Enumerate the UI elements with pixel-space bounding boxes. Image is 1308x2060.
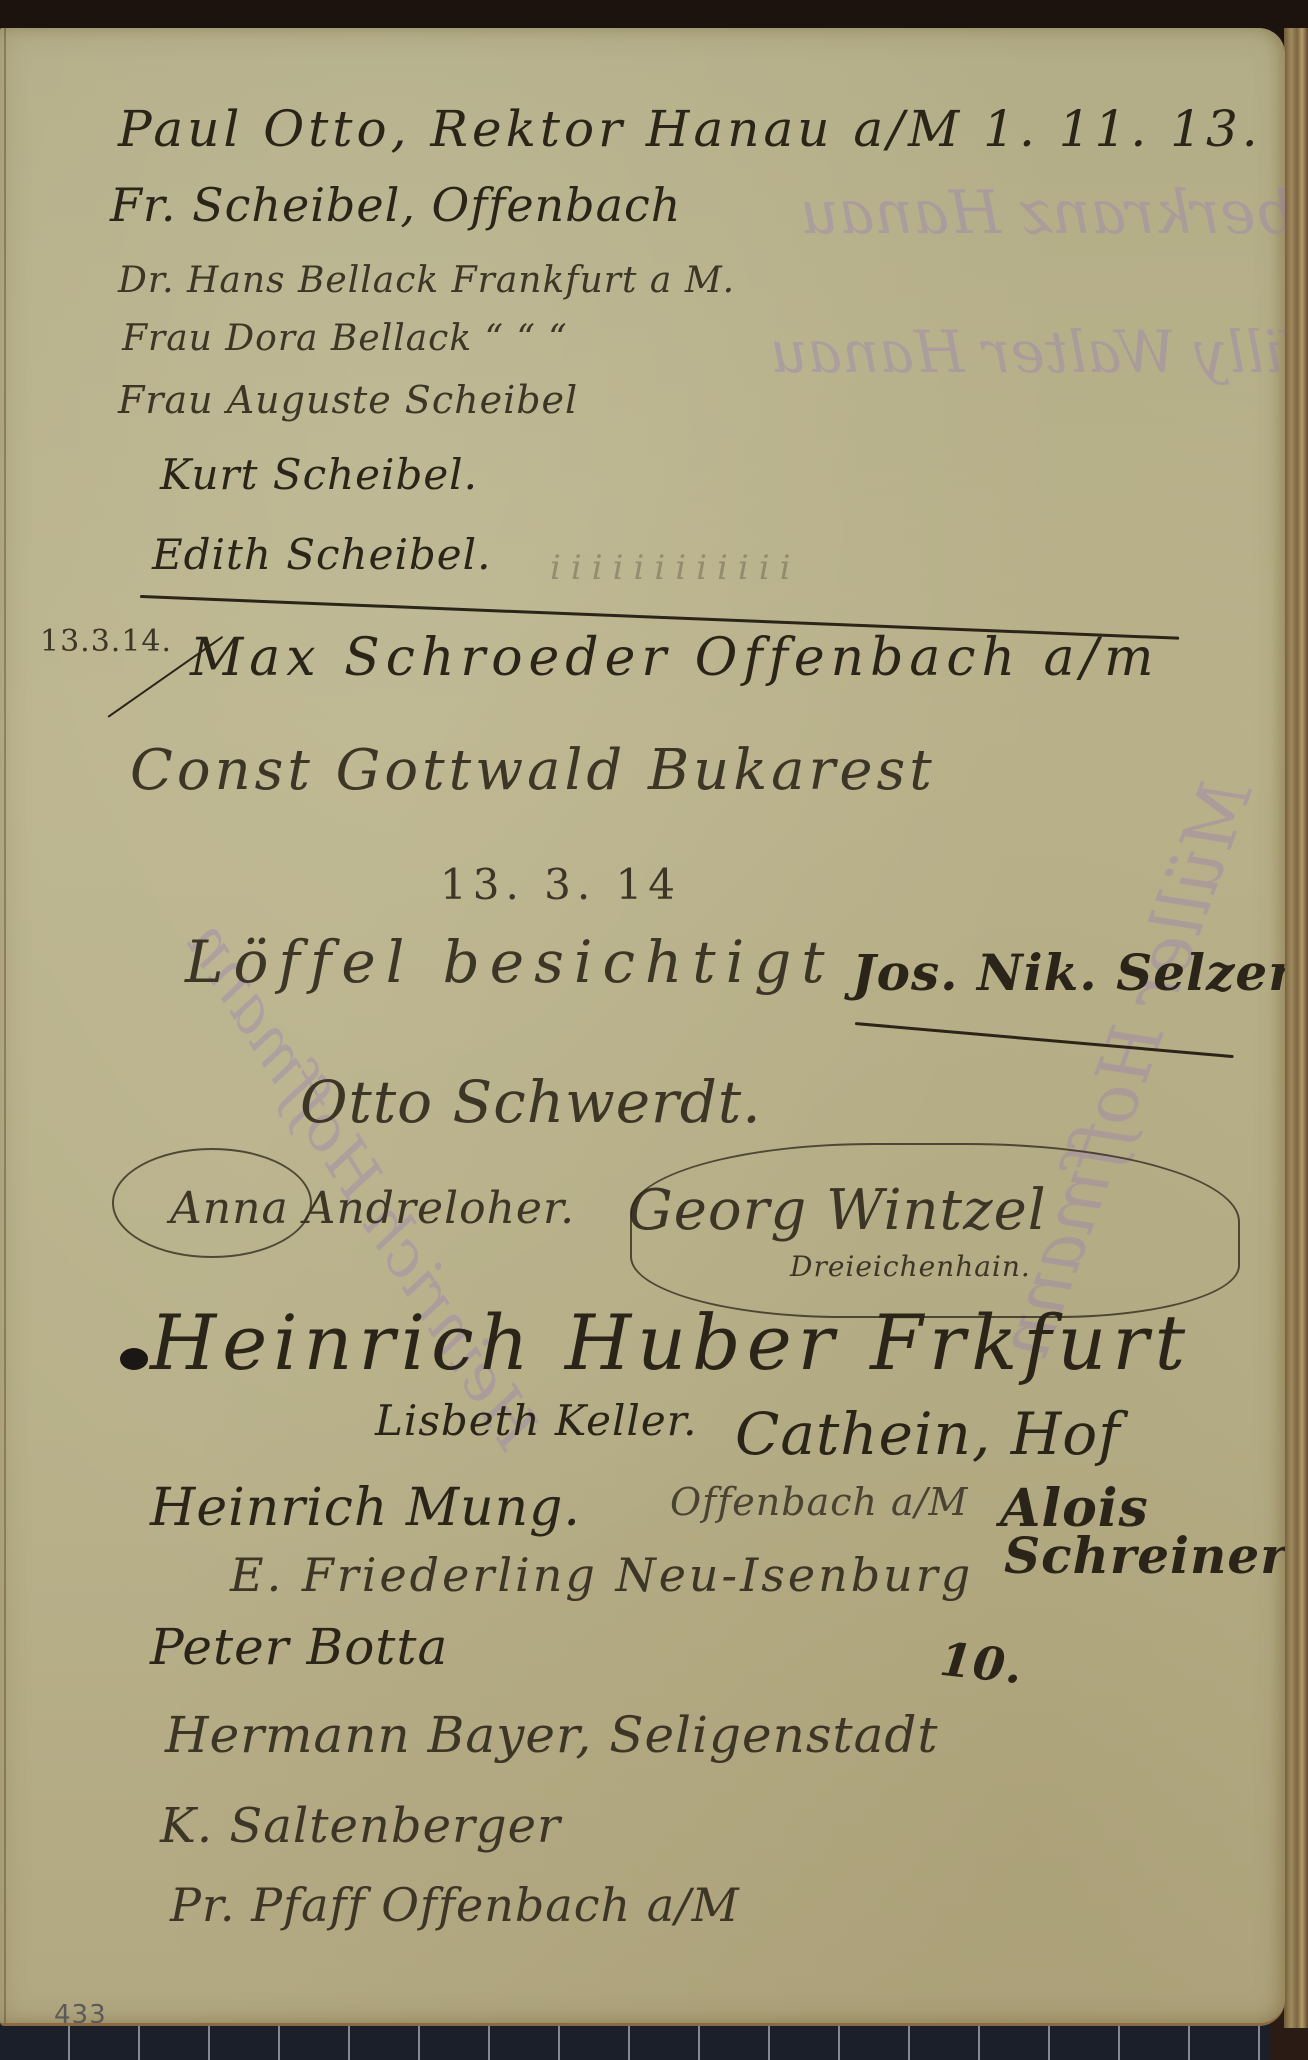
faint-pencil-marks: iiiiiiiiiiii (550, 548, 801, 588)
guest-entry: Fr. Scheibel, Offenbach (110, 178, 681, 232)
guest-entry: 10. (937, 1632, 1025, 1694)
guest-entry: Jos. Nik. Selzer (852, 943, 1285, 1002)
ink-blot (120, 1348, 148, 1370)
bleed-through-text: Willy Walter Hanau (770, 318, 1285, 386)
guest-entry: E. Friederling Neu-Isenburg (230, 1548, 973, 1602)
guestbook-page: Oberkranz Hanau Willy Walter Hanau Mülle… (0, 28, 1285, 2026)
photograph-scene: Oberkranz Hanau Willy Walter Hanau Mülle… (0, 0, 1308, 2060)
guest-entry: Hermann Bayer, Seligenstadt (165, 1706, 938, 1764)
guest-entry: Otto Schwerdt. (300, 1068, 762, 1136)
signature-enclosure (630, 1143, 1240, 1318)
guest-entry: Max Schroeder Offenbach a/m (190, 628, 1159, 688)
guest-entry-place: Offenbach a/M (670, 1480, 968, 1524)
guest-entry: Frau Dora Bellack “ “ “ (122, 318, 568, 359)
guest-entry: Löffel besichtigt (185, 928, 835, 996)
guest-entry: Peter Botta (150, 1618, 448, 1676)
guest-entry: Pr. Pfaff Offenbach a/M (170, 1878, 740, 1932)
entry-date: 13.3.14. (40, 624, 172, 659)
guest-entry: Heinrich Mung. (150, 1478, 581, 1538)
guest-entry: Const Gottwald Bukarest (130, 738, 936, 803)
guest-entry: Edith Scheibel. (152, 530, 491, 579)
guest-entry: Frau Auguste Scheibel (118, 378, 578, 422)
guest-entry: Kurt Scheibel. (160, 450, 478, 499)
guest-entry: Anna Andreloher. (170, 1183, 575, 1234)
guest-entry: Lisbeth Keller. (375, 1396, 698, 1445)
page-gutter-line (4, 28, 6, 2023)
guest-entry: Schreiner Amicht (1004, 1526, 1285, 1585)
guest-entry: Cathein, Hof (735, 1400, 1121, 1468)
page-number: 433 (54, 2000, 107, 2026)
book-page-edges (1284, 28, 1308, 2028)
guest-entry: Dr. Hans Bellack Frankfurt a M. (118, 260, 735, 301)
guest-entry: K. Saltenberger (160, 1798, 561, 1854)
guest-entry: Heinrich Huber Frkfurt (150, 1298, 1191, 1387)
guest-entry: Paul Otto, Rektor Hanau a/M 1. 11. 13. (118, 100, 1262, 158)
entry-date: 13. 3. 14 (440, 860, 681, 909)
bleed-through-text: Oberkranz Hanau (800, 178, 1285, 248)
